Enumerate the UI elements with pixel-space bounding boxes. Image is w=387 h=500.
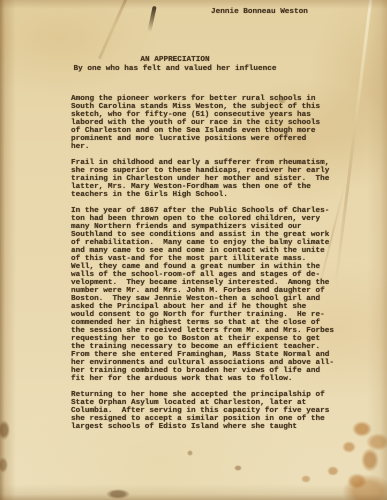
paragraph-4: Returning to her home she accepted the p… [71, 391, 343, 431]
document-subtitle: By one who has felt and valued her influ… [40, 65, 310, 73]
document-title: AN APPRECIATION [60, 56, 290, 64]
typed-text-layer: Jennie Bonneau Weston AN APPRECIATION By… [0, 0, 387, 500]
document-page: Jennie Bonneau Weston AN APPRECIATION By… [0, 0, 387, 500]
paragraph-3: In the year of 1867 after the Public Sch… [71, 207, 343, 383]
author-line: Jennie Bonneau Weston [211, 8, 308, 16]
paragraph-1: Among the pioneer workers for better rur… [71, 95, 343, 151]
document-body: Among the pioneer workers for better rur… [71, 95, 343, 439]
paragraph-2: Frail in childhood and early a sufferer … [71, 159, 343, 199]
